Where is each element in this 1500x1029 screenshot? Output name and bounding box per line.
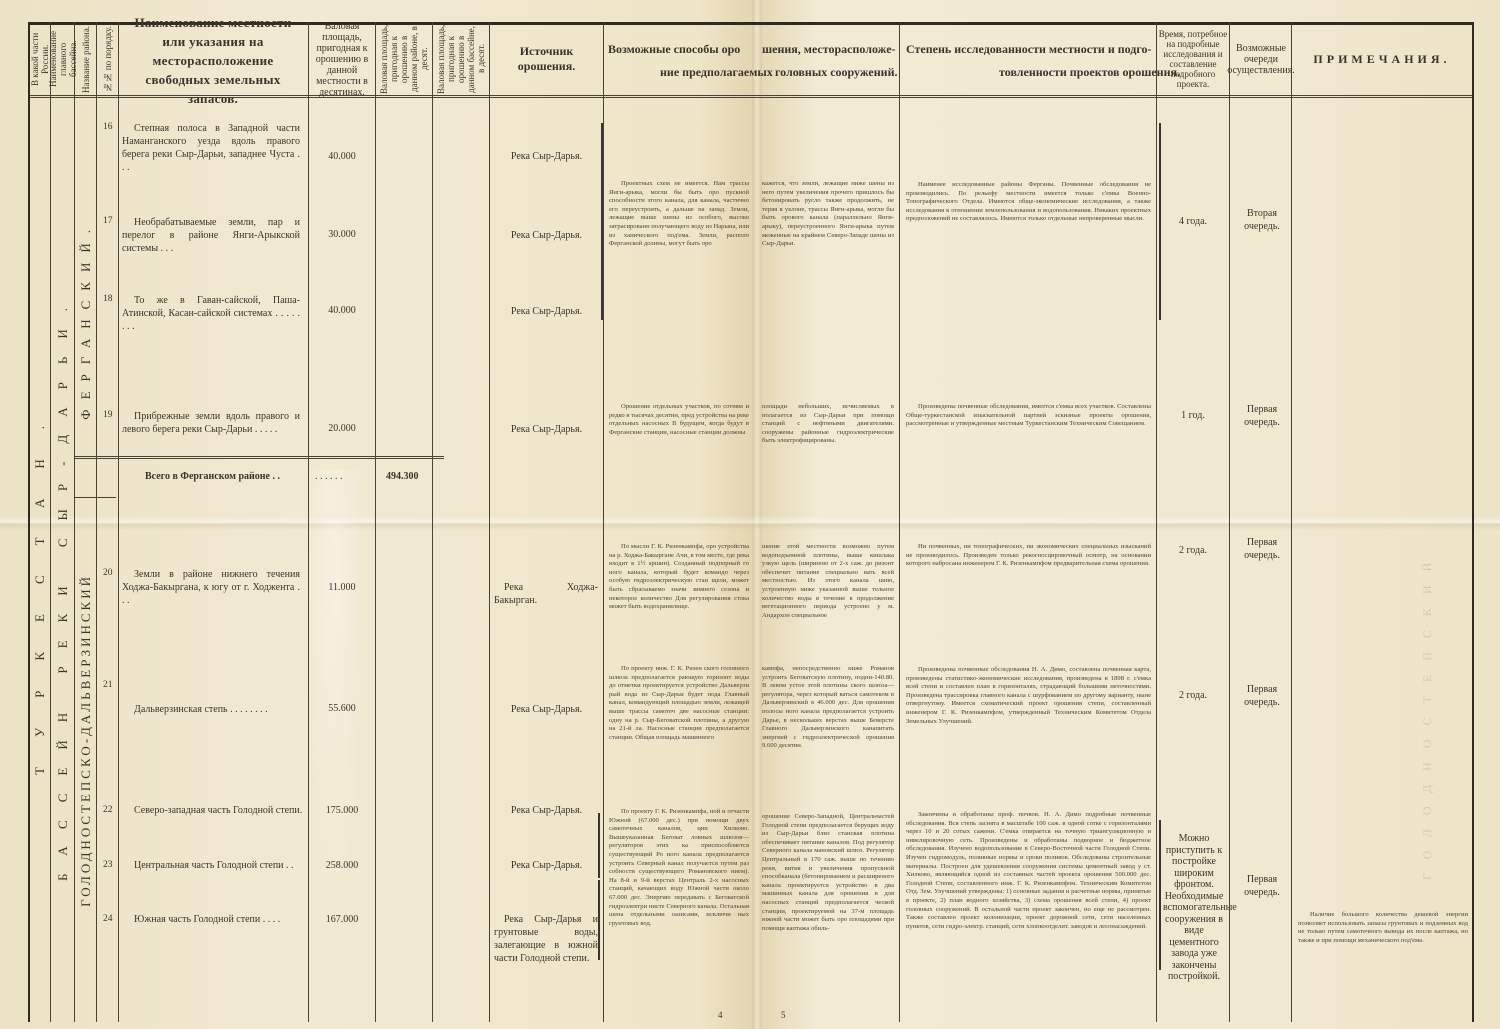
- row-number: 19: [103, 410, 113, 420]
- header-number: №№ по порядку.: [97, 24, 118, 94]
- row-number: 20: [103, 568, 113, 578]
- region-label: ТУРКЕСТАН.: [29, 200, 50, 970]
- study-text: Ни почвенных, ни топографических, ни эко…: [906, 543, 1151, 569]
- col-divider: [308, 22, 309, 1022]
- area-value: 30.000: [310, 229, 374, 240]
- col-divider: [1229, 22, 1230, 1022]
- source-text: Река Сыр-Дарья.: [490, 859, 603, 872]
- header-methods-right-2: головных сооружений.: [775, 66, 897, 79]
- row-group-bracket: [598, 813, 600, 878]
- paper-crease: [300, 470, 370, 990]
- locality-text: Степная полоса в Западной части Наманган…: [122, 122, 300, 174]
- col-divider: [1291, 22, 1292, 1022]
- area-value: 55.600: [310, 703, 374, 714]
- row-group-bracket: [1159, 820, 1161, 970]
- source-text: Река Ходжа-Бакырган.: [494, 581, 598, 607]
- col-divider: [96, 22, 97, 1022]
- row-number: 22: [103, 805, 113, 815]
- note-text: Наличие большого количества дешевой энер…: [1298, 911, 1468, 945]
- queue-value: Первая очередь.: [1236, 874, 1288, 899]
- source-text: Река Сыр-Дарья и грунтовые воды, залегаю…: [494, 913, 598, 965]
- bleed-through-text: ГОЛОДНОСТЕПСКИЙ: [1420, 120, 1435, 880]
- header-source: Источник орошения.: [490, 24, 603, 94]
- source-text: Река Сыр-Дарья.: [490, 229, 603, 242]
- time-value: 4 года.: [1160, 216, 1226, 229]
- methods-text: площади небольших, исчисляемых в полагае…: [762, 403, 894, 446]
- spine-fold: [752, 0, 762, 1029]
- header-area-locality: Валовая площадь, пригодная к орошению в …: [310, 26, 374, 92]
- methods-text: кажется, что земли, лежащие ниже шены из…: [762, 180, 894, 249]
- subtotal-divider: [74, 456, 444, 457]
- methods-text: орошение Северо-Западной, Центральчастей…: [762, 813, 894, 933]
- table-right-border: [1472, 22, 1474, 1022]
- locality-text: Земли в районе нижнего течения Ходжа-Бак…: [122, 568, 300, 607]
- header-locality: Наименование местности или указания на м…: [122, 30, 304, 90]
- time-value: 1 год.: [1160, 410, 1226, 423]
- col-divider: [1156, 22, 1157, 1022]
- header-district: Название района.: [75, 24, 96, 94]
- district-label-golodnostepsko: ГОЛОДНОСТЕПСКО-ДАЛЬВЕРЗИНСКИЙ: [75, 505, 96, 975]
- methods-text: По мысли Г. К. Ризенкампфа, оро устройст…: [609, 543, 749, 612]
- methods-text: По проекту Г. К. Ризенкампфа, ной и отча…: [609, 808, 749, 928]
- header-methods-right-1: шения, месторасположе-: [762, 43, 896, 56]
- locality-text: То же в Гаван-сайской, Паша-Атинской, Ка…: [122, 294, 300, 333]
- row-group-bracket: [601, 123, 603, 320]
- header-methods-left-1: Возможные способы оро: [608, 43, 740, 56]
- time-value: 2 года.: [1160, 545, 1226, 558]
- source-text: Река Сыр-Дарья.: [490, 703, 603, 716]
- header-study-1: Степень исследованности местности и подг…: [906, 43, 1152, 56]
- queue-value: Вторая очередь.: [1236, 208, 1288, 233]
- methods-text: Проектных схем не имеется. Нам трассы Ян…: [609, 180, 749, 249]
- area-value: 20.000: [310, 423, 374, 434]
- district-label-fergana: ФЕРГАНСКИЙ.: [75, 170, 96, 470]
- methods-text: По проекту инж. Г. К. Ризен ского головн…: [609, 665, 749, 742]
- horizontal-fold: [0, 516, 1500, 530]
- col-divider: [899, 22, 900, 1022]
- header-basin: Наименование главного бассейна.: [51, 24, 74, 94]
- area-value: 167.000: [310, 914, 374, 925]
- district-divider: [74, 497, 116, 498]
- header-notes: ПРИМЕЧАНИЯ.: [1293, 24, 1471, 94]
- methods-text: шение этой местности возможно путем водо…: [762, 543, 894, 620]
- locality-text: Прибрежные земли вдоль правого и левого …: [122, 410, 300, 436]
- header-queue: Возможные очереди осуществления.: [1231, 26, 1291, 92]
- locality-text: Северо-западная часть Голодной степи.: [122, 804, 307, 817]
- methods-text: Орошение отдельных участков, по сотням и…: [609, 403, 749, 437]
- row-number: 17: [103, 216, 113, 226]
- queue-value: Первая очередь.: [1236, 537, 1288, 562]
- source-text: Река Сыр-Дарья.: [490, 804, 603, 817]
- page-number-right: 5: [781, 1010, 786, 1020]
- row-number: 23: [103, 860, 113, 870]
- time-value: 2 года.: [1160, 690, 1226, 703]
- area-value: 40.000: [310, 305, 374, 316]
- time-value: Можно приступить к постройке широким фро…: [1163, 833, 1225, 983]
- locality-text: Южная часть Голодной степи . . . .: [122, 913, 302, 926]
- row-number: 18: [103, 294, 113, 304]
- header-time: Время, потребное на подробные исследован…: [1158, 26, 1228, 92]
- locality-text: Дальверзинская степь . . . . . . . .: [122, 703, 300, 716]
- locality-text: Необрабатываемые земли, пар и перелог в …: [122, 216, 300, 255]
- subtotal-dots: . . . . . .: [315, 470, 343, 483]
- basin-label: БАССЕЙН РЕКИ СЫР-ДАРЬИ.: [51, 200, 74, 970]
- col-divider: [432, 22, 433, 1022]
- locality-text: Центральная часть Голодной степи . .: [122, 859, 302, 872]
- source-text: Река Сыр-Дарья.: [490, 150, 603, 163]
- col-divider: [118, 22, 119, 1022]
- subtotal-label: Всего в Ферганском районе . .: [145, 470, 280, 483]
- area-value: 175.000: [310, 805, 374, 816]
- queue-value: Первая очередь.: [1236, 404, 1288, 429]
- header-area-basin: Валовая площадь, пригодная к орошению в …: [433, 24, 489, 94]
- subtotal-divider-2: [74, 458, 444, 459]
- page-number-left: 4: [718, 1010, 723, 1020]
- col-divider: [603, 22, 604, 1022]
- study-text: Наименее исследованные районы Ферганы. П…: [906, 181, 1151, 224]
- area-value: 40.000: [310, 151, 374, 162]
- header-methods-left-2: ние предполагаемых: [660, 66, 773, 79]
- area-value: 11.000: [310, 582, 374, 593]
- methods-text: кампфа, непосредственно ниже Романов уст…: [762, 665, 894, 751]
- area-value: 258.000: [310, 860, 374, 871]
- study-text: Произведены почвенные обследования Н. А.…: [906, 666, 1151, 726]
- row-group-bracket: [598, 880, 600, 960]
- row-number: 24: [103, 914, 113, 924]
- source-text: Река Сыр-Дарья.: [490, 423, 603, 436]
- header-study-2: товленности проектов орошения.: [999, 66, 1180, 79]
- source-text: Река Сыр-Дарья.: [490, 305, 603, 318]
- header-part-of-russia: В какой части России.: [29, 24, 50, 94]
- row-number: 16: [103, 122, 113, 132]
- study-text: Закончены и обработаны проф. почвов. Н. …: [906, 811, 1151, 931]
- study-text: Произведены почвенные обследования, имее…: [906, 403, 1151, 429]
- header-area-district: Валовая площадь, пригодная к орошению в …: [376, 24, 432, 94]
- row-number: 21: [103, 680, 113, 690]
- col-divider: [375, 22, 376, 1022]
- queue-value: Первая очередь.: [1236, 684, 1288, 709]
- col-divider: [489, 22, 490, 1022]
- subtotal-value: 494.300: [386, 470, 419, 483]
